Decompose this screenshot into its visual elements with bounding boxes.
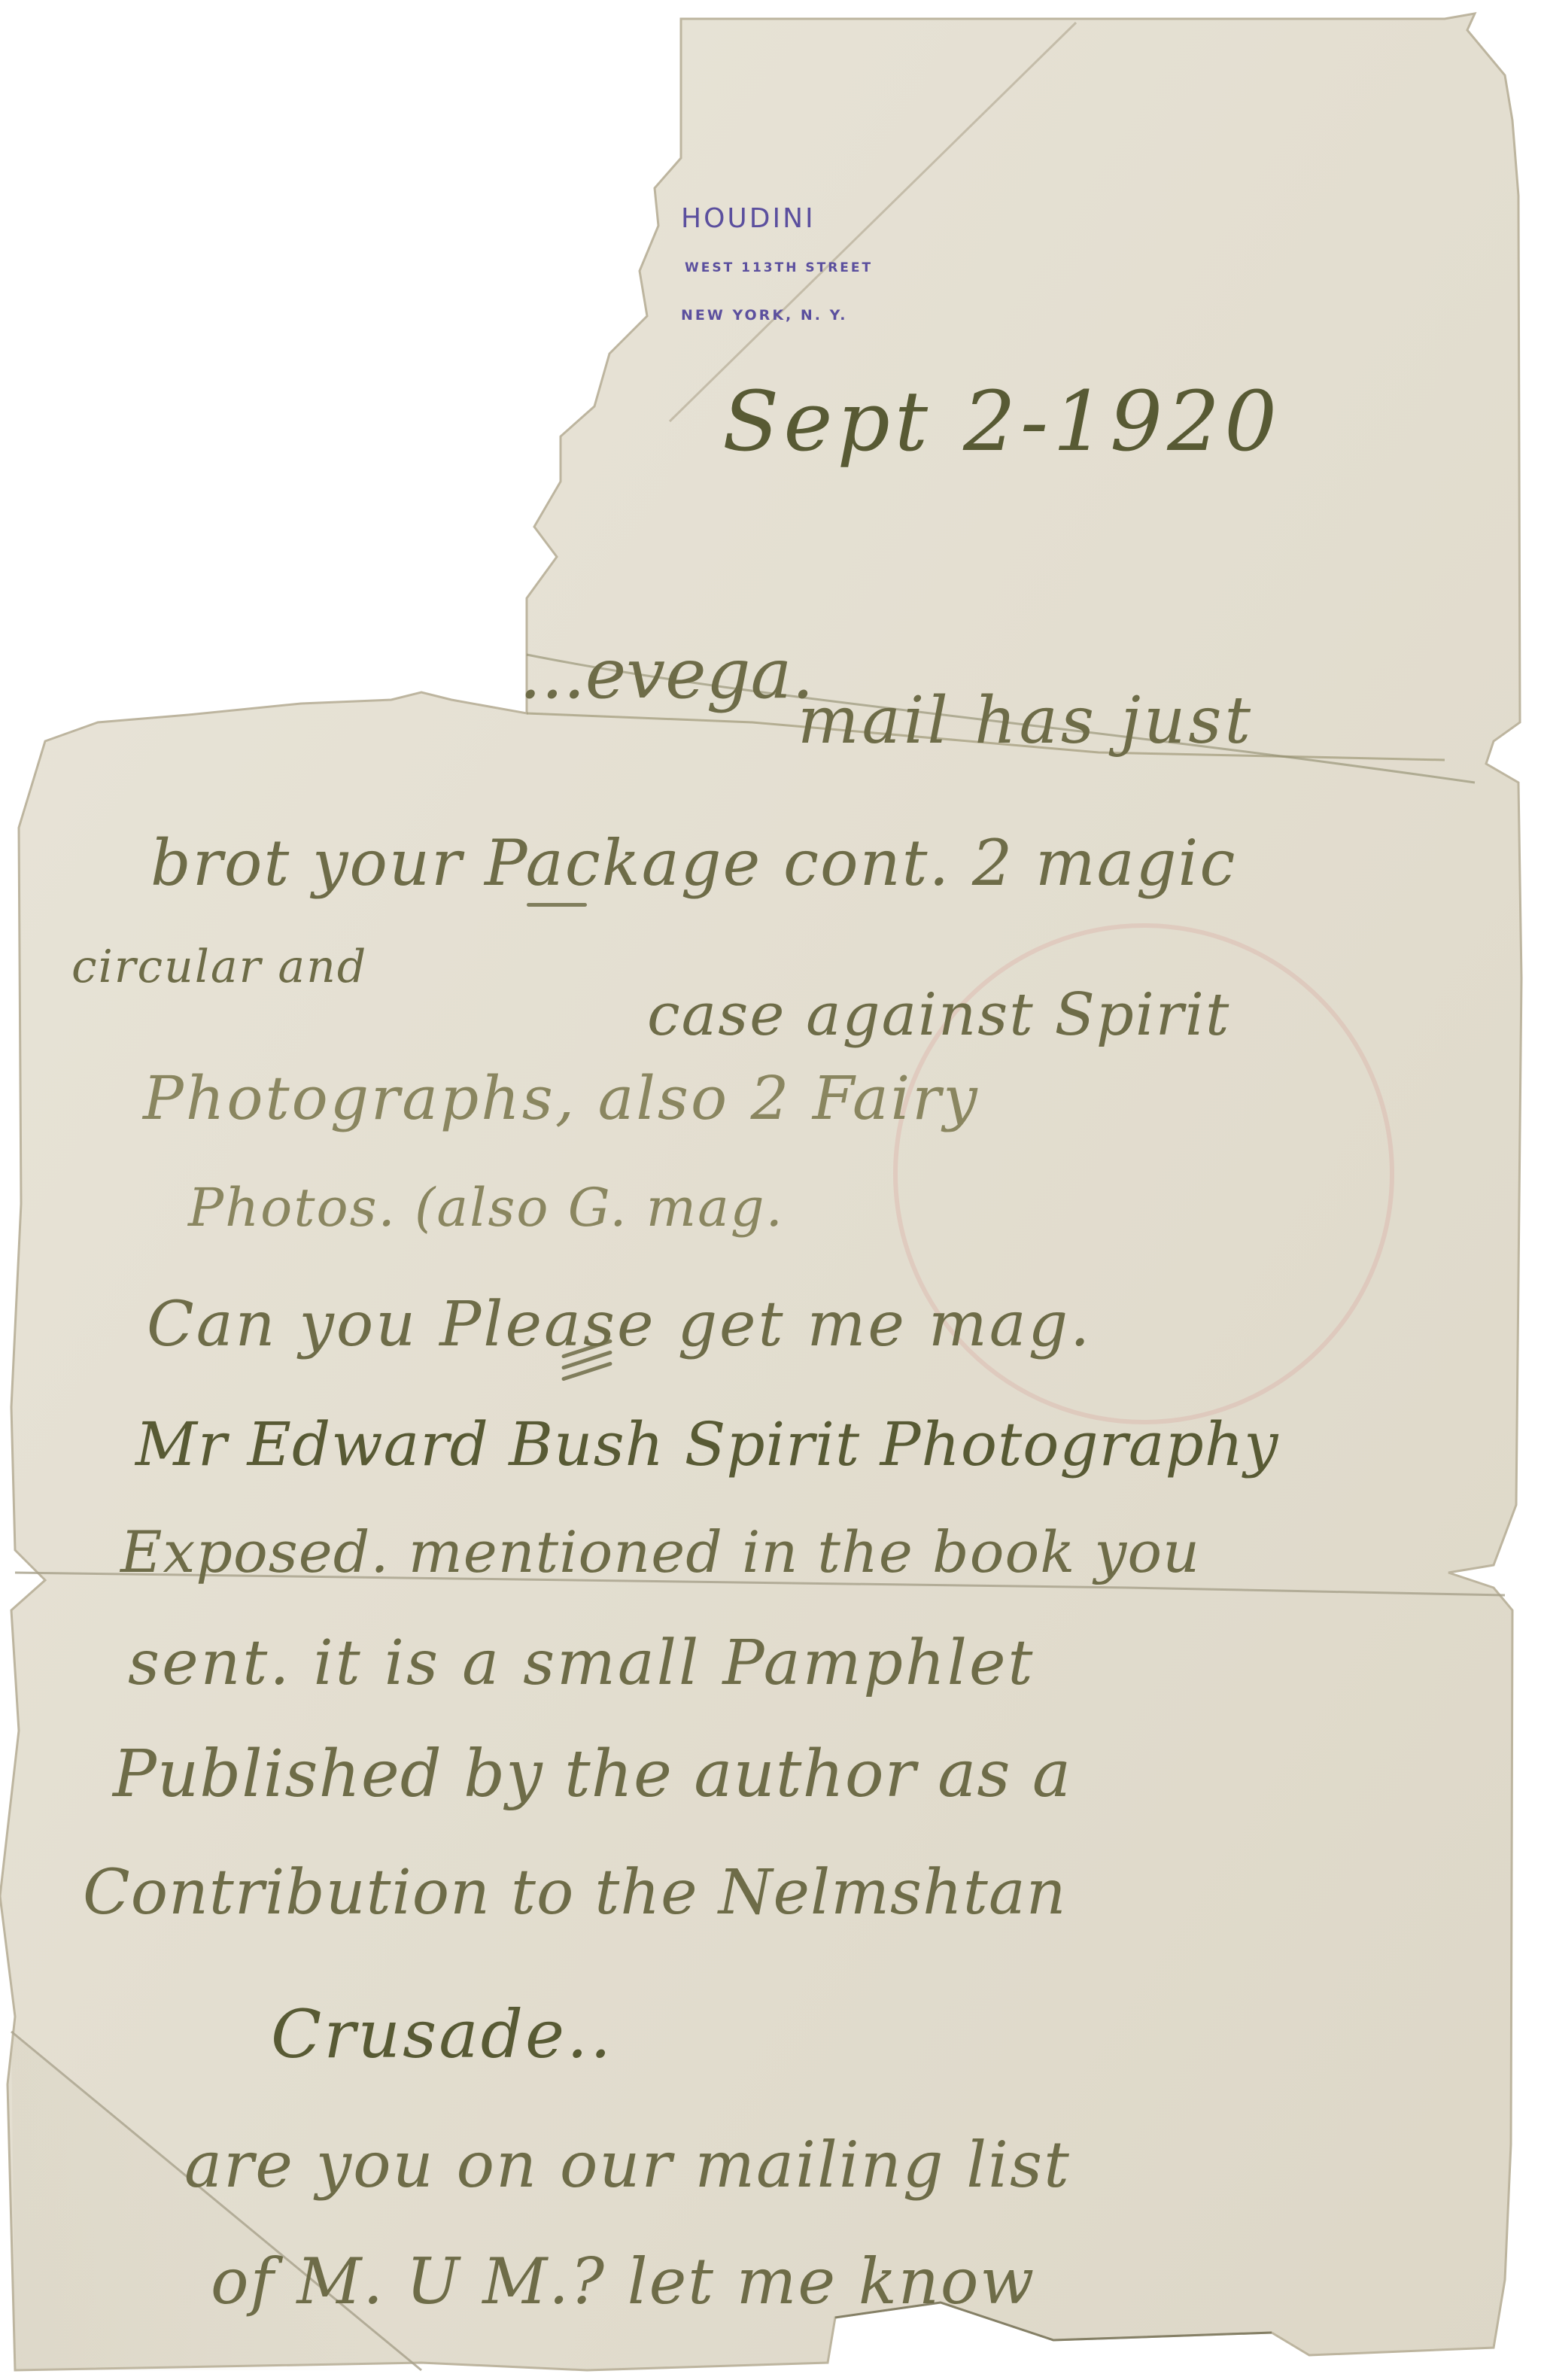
letter-line: Published by the author as a <box>113 1742 1071 1807</box>
letter-line: circular and <box>71 944 367 989</box>
letter-line: Exposed. mentioned in the book you <box>120 1524 1200 1581</box>
letter-line: sent. it is a small Pamphlet <box>128 1633 1035 1695</box>
letter-line: mail has just <box>798 688 1254 753</box>
letter-line: Contribution to the Nelmshtan <box>83 1862 1067 1924</box>
letter-line: are you on our mailing list <box>184 2133 1071 2196</box>
letterhead-city: NEW YORK, N. Y. <box>681 307 847 324</box>
salutation-fragment: ...evega. <box>519 640 814 709</box>
letter-line: Photos. (also G. mag. <box>188 1181 784 1234</box>
underline-mark <box>527 903 587 907</box>
letterhead-street: WEST 113TH STREET <box>685 260 873 275</box>
letter-date: Sept 2-1920 <box>722 380 1281 463</box>
letter-line: Photographs, also 2 Fairy <box>143 1068 980 1129</box>
letter-line: Crusade.. <box>271 2002 613 2068</box>
letterhead-name: HOUDINI <box>681 203 816 234</box>
letter-line: Can you Please get me mag. <box>147 1294 1092 1356</box>
letter-line: Mr Edward Bush Spirit Photography <box>135 1415 1278 1475</box>
letter-line: brot your Package cont. 2 magic <box>150 831 1236 895</box>
letter-line: case against Spirit <box>647 986 1230 1044</box>
letter-line: of M. U M.? let me know <box>211 2250 1035 2313</box>
